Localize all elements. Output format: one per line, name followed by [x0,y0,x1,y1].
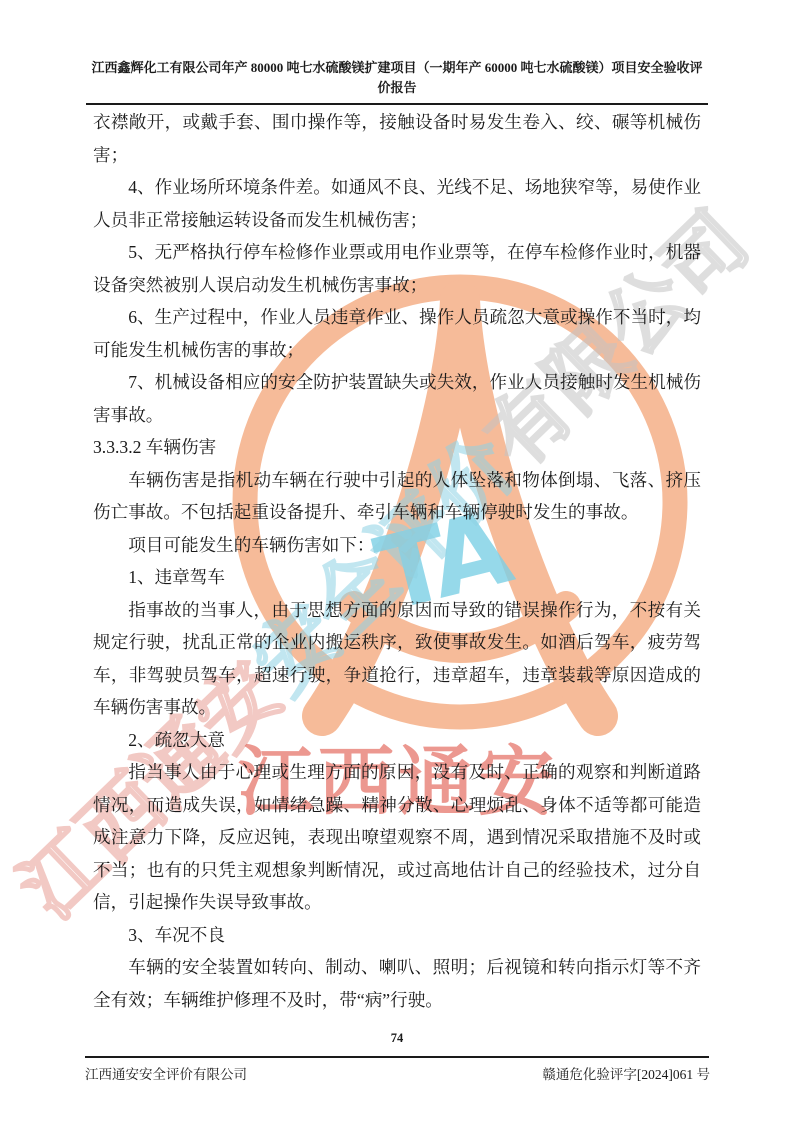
footer-divider [85,1056,709,1058]
paragraph: 5、无严格执行停车检修作业票或用电作业票等，在停车检修作业时，机器设备突然被别人… [93,236,701,301]
paragraph: 1、违章驾车 [93,561,701,594]
page-header: 江西鑫辉化工有限公司年产 80000 吨七水硫酸镁扩建项目（一期年产 60000… [86,58,708,105]
document-page: TA 江西通安安全评价有限公司 江西通安 江西鑫辉化工有限公司年产 80000 … [0,0,794,1123]
paragraph: 车辆伤害是指机动车辆在行驶中引起的人体坠落和物体倒塌、飞落、挤压伤亡事故。不包括… [93,464,701,529]
paragraph: 指事故的当事人，由于思想方面的原因而导致的错误操作行为，不按有关规定行驶，扰乱正… [93,594,701,724]
page-number: 74 [0,1031,794,1046]
body-text: 衣襟敞开，或戴手套、围巾操作等，接触设备时易发生卷入、绞、碾等机械伤害；4、作业… [93,106,701,1016]
section-heading: 3.3.3.2 车辆伤害 [93,431,701,464]
footer-company: 江西通安安全评价有限公司 [85,1063,247,1083]
paragraph: 车辆的安全装置如转向、制动、喇叭、照明；后视镜和转向指示灯等不齐全有效；车辆维护… [93,951,701,1016]
page-footer: 江西通安安全评价有限公司 赣通危化验评字[2024]061 号 [85,1063,710,1083]
paragraph: 2、疏忽大意 [93,724,701,757]
report-title: 江西鑫辉化工有限公司年产 80000 吨七水硫酸镁扩建项目（一期年产 60000… [91,60,702,95]
paragraph: 项目可能发生的车辆伤害如下： [93,529,701,562]
paragraph: 3、车况不良 [93,919,701,952]
paragraph: 7、机械设备相应的安全防护装置缺失或失效，作业人员接触时发生机械伤害事故。 [93,366,701,431]
paragraph: 4、作业场所环境条件差。如通风不良、光线不足、场地狭窄等，易使作业人员非正常接触… [93,171,701,236]
paragraph: 衣襟敞开，或戴手套、围巾操作等，接触设备时易发生卷入、绞、碾等机械伤害； [93,106,701,171]
paragraph: 指当事人由于心理或生理方面的原因，没有及时、正确的观察和判断道路情况，而造成失误… [93,756,701,919]
paragraph: 6、生产过程中，作业人员违章作业、操作人员疏忽大意或操作不当时，均可能发生机械伤… [93,301,701,366]
footer-doc-number: 赣通危化验评字[2024]061 号 [542,1063,710,1083]
